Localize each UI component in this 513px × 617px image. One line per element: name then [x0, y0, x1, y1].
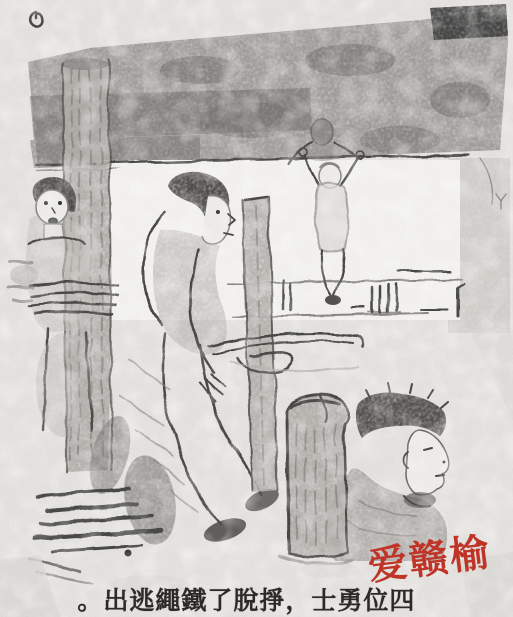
scanned-page: 。出逃繩鐵了脫掙，士勇位四 爱赣榆 — [0, 0, 513, 617]
caption: 。出逃繩鐵了脫掙，士勇位四 — [77, 581, 415, 617]
page-grain — [0, 0, 513, 617]
illustration — [0, 0, 513, 617]
